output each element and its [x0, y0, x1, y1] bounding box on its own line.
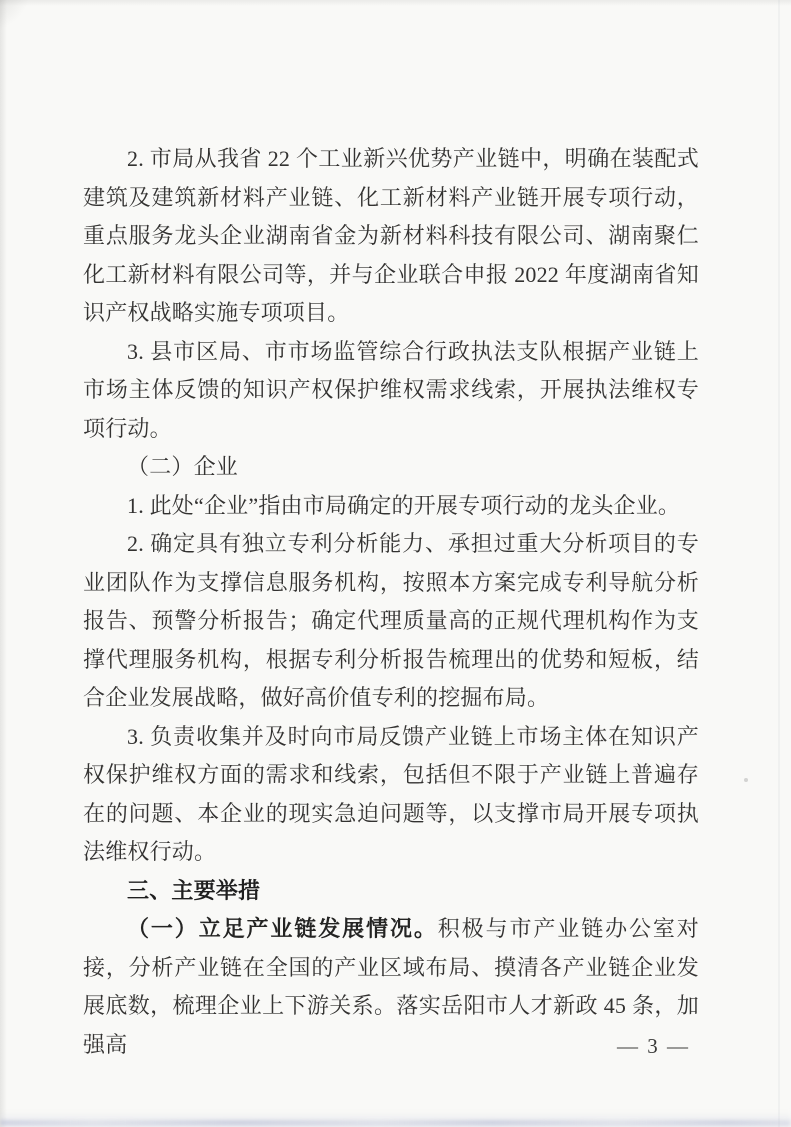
scan-artifact-bottom-band	[0, 1111, 791, 1127]
scan-artifact-top-edge	[0, 0, 791, 6]
scan-artifact-right-edge	[778, 0, 780, 1127]
scan-artifact-topleft-corner	[0, 0, 32, 32]
heading-section-two-enterprise: （二）企业	[83, 448, 699, 487]
scan-artifact-dot	[744, 778, 748, 782]
paragraph-enterprise-definition: 1. 此处“企业”指由市局确定的开展专项行动的龙头企业。	[83, 487, 699, 526]
bold-text-run: 三、主要举措	[127, 878, 260, 903]
paragraph-patent-analysis-team: 2. 确定具有独立专利分析能力、承担过重大分析项目的专业团队作为支撑信息服务机构…	[83, 525, 699, 718]
paragraph-county-bureau-enforcement: 3. 县市区局、市市场监管综合行政执法支队根据产业链上市场主体反馈的知识产权保护…	[83, 333, 699, 449]
document-page: 2. 市局从我省 22 个工业新兴优势产业链中，明确在装配式建筑及建筑新材料产业…	[0, 0, 791, 1127]
document-body: 2. 市局从我省 22 个工业新兴优势产业链中，明确在装配式建筑及建筑新材料产业…	[83, 140, 699, 1064]
bold-text-run: （一）立足产业链发展情况。	[127, 916, 438, 941]
text-run: 2. 市局从我省 22 个工业新兴优势产业链中，明确在装配式建筑及建筑新材料产业…	[83, 146, 699, 325]
text-run: 1. 此处“企业”指由市局确定的开展专项行动的龙头企业。	[127, 493, 680, 518]
paragraph-collect-feedback-clues: 3. 负责收集并及时向市局反馈产业链上市场主体在知识产权保护维权方面的需求和线索…	[83, 718, 699, 872]
heading-main-measures: 三、主要举措	[83, 872, 699, 911]
paragraph-city-bureau-industry-chains: 2. 市局从我省 22 个工业新兴优势产业链中，明确在装配式建筑及建筑新材料产业…	[83, 140, 699, 333]
text-run: （二）企业	[127, 454, 238, 479]
page-number: — 3 —	[617, 1032, 690, 1060]
scan-artifact-left-edge	[0, 0, 7, 1127]
paragraph-measure-one-industry-chain: （一）立足产业链发展情况。积极与市产业链办公室对接，分析产业链在全国的产业区域布…	[83, 910, 699, 1064]
scan-artifact-bottom-streak	[0, 1120, 791, 1125]
text-run: 2. 确定具有独立专利分析能力、承担过重大分析项目的专业团队作为支撑信息服务机构…	[83, 531, 699, 710]
text-run: 3. 县市区局、市市场监管综合行政执法支队根据产业链上市场主体反馈的知识产权保护…	[83, 339, 699, 441]
text-run: 3. 负责收集并及时向市局反馈产业链上市场主体在知识产权保护维权方面的需求和线索…	[83, 724, 699, 865]
